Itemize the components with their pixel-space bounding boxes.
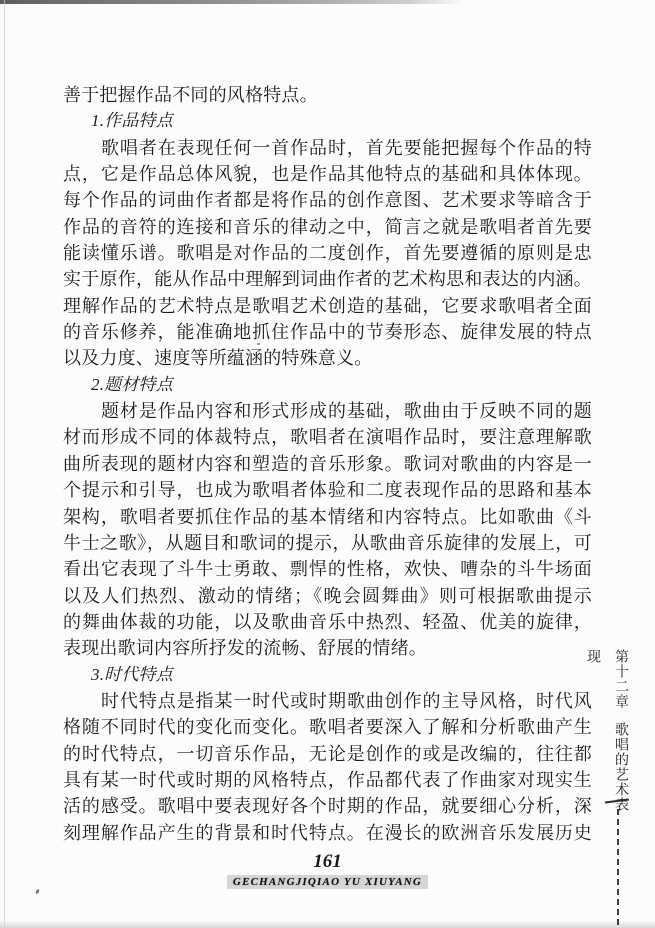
chapter-leader-dashed-line — [617, 809, 619, 925]
text-line: 能读懂乐谱。歌唱是对作品的二度创作，首先要遵循的原则是忠 — [63, 240, 592, 266]
text-line: 善于把握作品不同的风格特点。 — [63, 82, 592, 108]
text-line: 材而形成不同的体裁特点，歌唱者在演唱作品时，要注意理解歌 — [63, 424, 592, 450]
page-number: 161 — [63, 851, 592, 873]
text-line: 的时代特点，一切音乐作品，无论是创作的或是改编的，往往都 — [63, 741, 592, 767]
text-line: 2.题材特点 — [63, 372, 592, 398]
scan-top-edge — [0, 0, 465, 4]
chapter-number-label: 第十二章 — [613, 649, 628, 709]
text-line: 作品的音符的连接和音乐的律动之中，简言之就是歌唱者首先要 — [63, 214, 592, 240]
book-title-pinyin-label: GECHANGJIQIAO YU XIUYANG — [227, 875, 428, 889]
scan-left-edge-line — [4, 0, 5, 928]
text-line: 看出它表现了斗牛士勇敢、剽悍的性格，欢快、嘈杂的斗牛场面 — [63, 556, 592, 582]
text-line: 架构，歌唱者要抓住作品的基本情绪和内容特点。比如歌曲《斗 — [63, 504, 592, 530]
text-line: 以及人们热烈、激动的情绪；《晚会圆舞曲》则可根据歌曲提示 — [63, 583, 592, 609]
text-line: 理解作品的艺术特点是歌唱艺术创造的基础，它要求歌唱者全面 — [63, 293, 592, 319]
text-line: 题材是作品内容和形式形成的基础，歌曲由于反映不同的题 — [63, 398, 592, 424]
text-line: 每个作品的词曲作者都是将作品的创作意图、艺术要求等暗含于 — [63, 187, 592, 213]
text-line: 的音乐修养，能准确地抓住作品中的节奏形态、旋律发展的特点 — [63, 319, 592, 345]
text-line: 牛士之歌》，从题目和歌词的提示，从歌曲音乐旋律的发展上，可 — [63, 530, 592, 556]
text-line: 曲所表现的题材内容和塑造的音乐形象。歌词对歌曲的内容是一 — [63, 451, 592, 477]
text-line: 活的感受。歌唱中要表现好各个时期的作品，就要细心分析，深 — [63, 793, 592, 819]
body-text: 善于把握作品不同的风格特点。1.作品特点歌唱者在表现任何一首作品时，首先要能把握… — [63, 82, 592, 846]
text-line: 表现出歌词内容所抒发的流畅、舒展的情绪。 — [63, 635, 592, 661]
text-line: 具有某一时代或时期的风格特点，作品都代表了作曲家对现实生 — [63, 767, 592, 793]
text-line: 个提示和引导，也成为歌唱者体验和二度表现作品的思路和基本 — [63, 477, 592, 503]
text-line: 以及力度、速度等所蕴涵的特殊意义。 — [63, 345, 592, 371]
text-line: 点，它是作品总体风貌，也是作品其他特点的基础和具体体现。 — [63, 161, 592, 187]
text-line: 的舞曲体裁的功能，以及歌曲音乐中热烈、轻盈、优美的旋律， — [63, 609, 592, 635]
text-line: 刻理解作品产生的背景和时代特点。在漫长的欧洲音乐发展历史 — [63, 820, 592, 846]
scan-speck — [35, 889, 40, 895]
text-line: 1.作品特点 — [63, 108, 592, 134]
book-page: 善于把握作品不同的风格特点。1.作品特点歌唱者在表现任何一首作品时，首先要能把握… — [0, 0, 655, 928]
text-line: 时代特点是指某一时代或时期歌曲创作的主导风格，时代风 — [63, 688, 592, 714]
scan-bottom-shadow — [0, 920, 655, 928]
text-line: 格随不同时代的变化而变化。歌唱者要深入了解和分析歌曲产生 — [63, 714, 592, 740]
footer-book-title: GECHANGJIQIAO YU XIUYANG — [63, 872, 592, 890]
text-line: 3.时代特点 — [63, 662, 592, 688]
chapter-sidebar: 第十二章歌唱的艺术表现 — [606, 649, 634, 824]
text-line: 实于原作，能从作品中理解到词曲作者的艺术构思和表达的内涵。 — [63, 266, 592, 292]
text-line: 歌唱者在表现任何一首作品时，首先要能把握每个作品的特 — [63, 135, 592, 161]
